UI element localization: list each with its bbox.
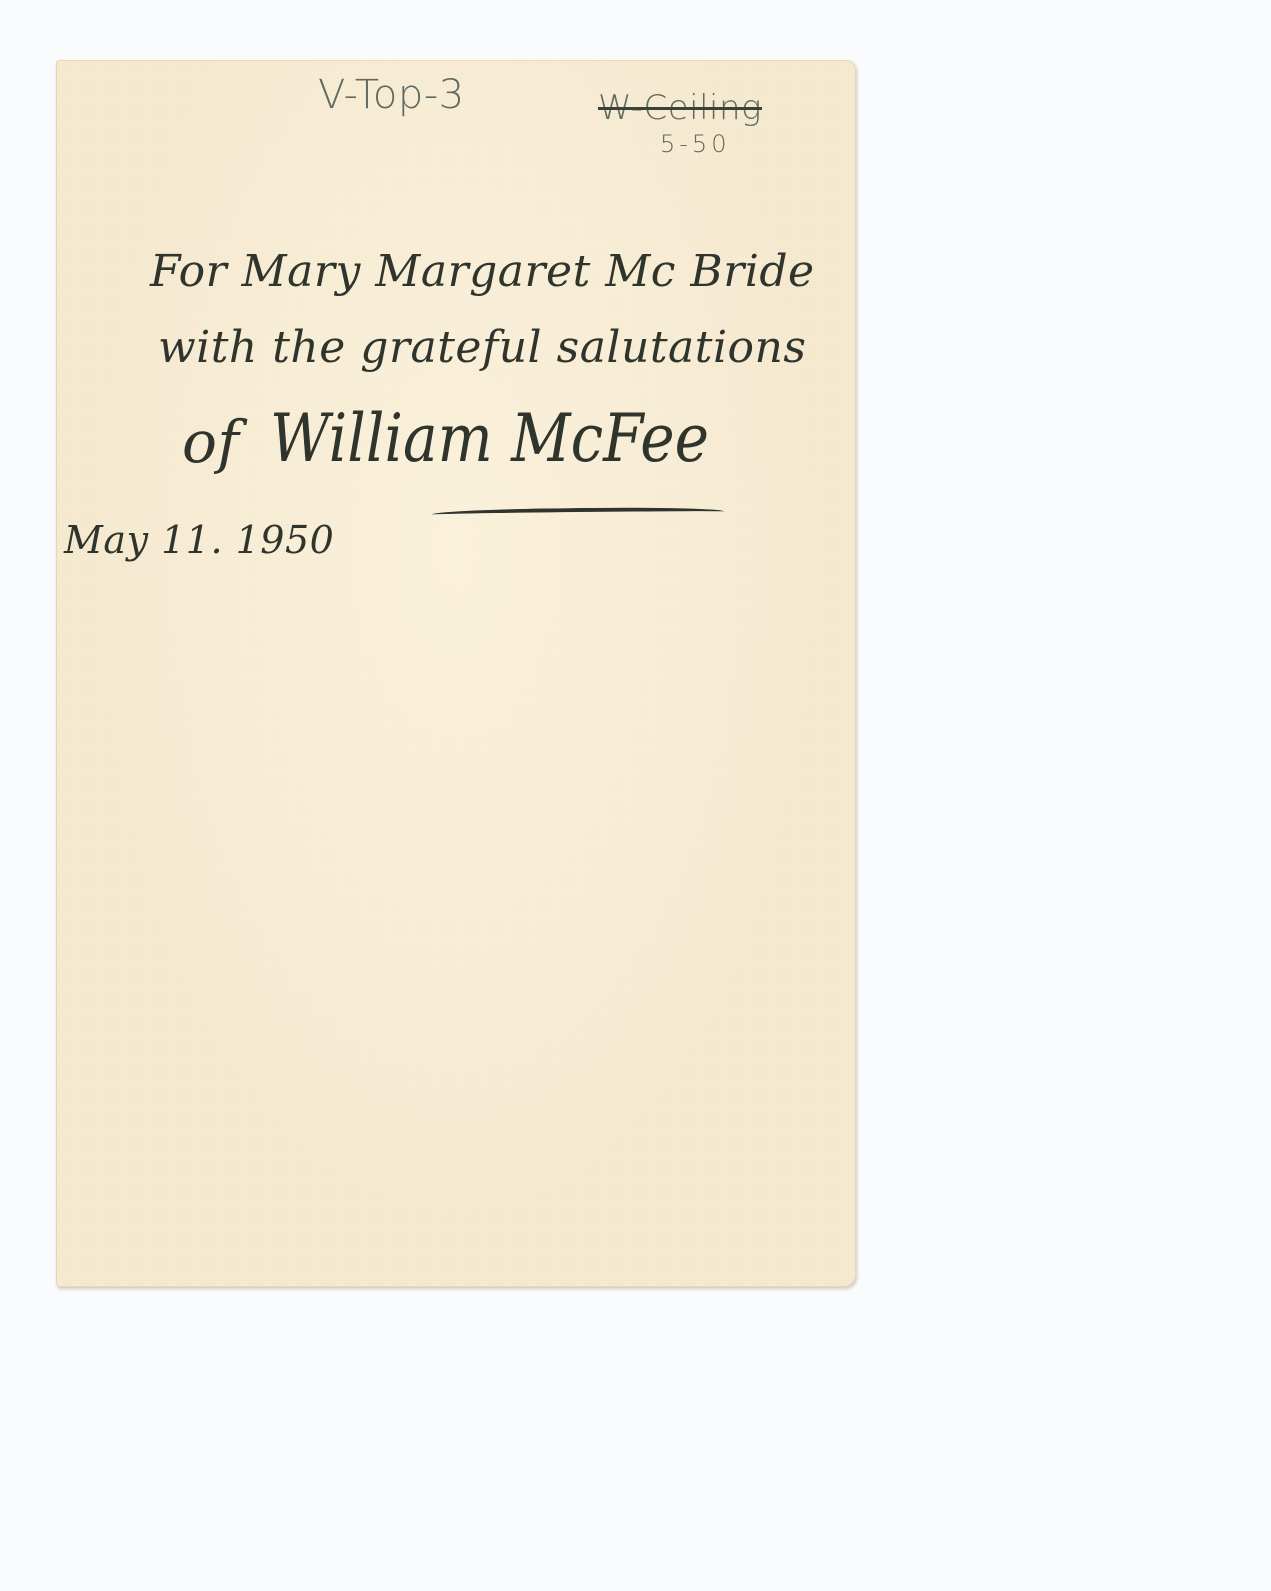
date-code-annotation: 5-50 [660, 130, 730, 158]
signature: William McFee [270, 400, 709, 477]
scanned-document: V-Top-3 W-Ceiling 5-50 For Mary Margaret… [0, 0, 1271, 1591]
paper-sheet [56, 60, 856, 1287]
inscription-salutation-line: with the grateful salutations [158, 322, 806, 373]
inscription-dedication-line: For Mary Margaret Mc Bride [150, 246, 815, 297]
inscription-of-word: of [182, 408, 239, 476]
inscription-date: May 11. 1950 [64, 518, 334, 562]
reference-code-annotation: V-Top-3 [318, 72, 465, 118]
struck-out-annotation: W-Ceiling [598, 88, 762, 128]
